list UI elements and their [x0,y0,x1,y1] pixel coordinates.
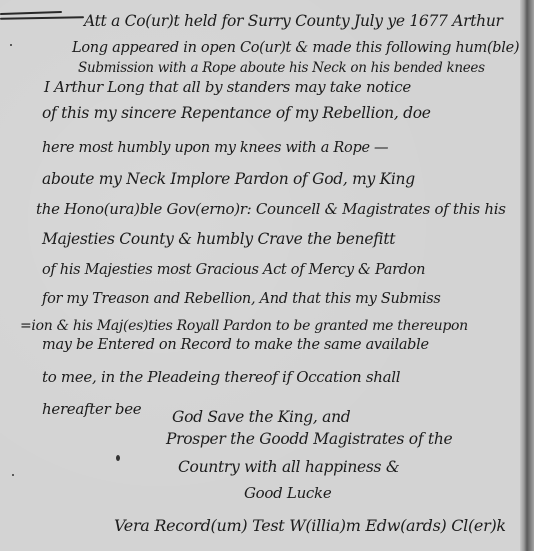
ink-speck [10,44,12,46]
header-rule-top [0,11,62,15]
closing-line-3: Country with all happiness & [178,458,399,476]
record-line-4: I Arthur Long that all by standers may t… [44,78,411,96]
record-line-2: Long appeared in open Co(ur)t & made thi… [72,40,519,56]
manuscript-page: Att a Co(ur)t held for Surry County July… [0,0,534,551]
record-line-10: of his Majesties most Gracious Act of Me… [42,262,425,278]
record-line-5: of this my sincere Repentance of my Rebe… [42,104,431,122]
ink-speck [116,455,120,461]
record-line-11: for my Treason and Rebellion, And that t… [42,291,441,307]
attestation-line: Vera Record(um) Test W(illia)m Edw(ards)… [114,516,506,535]
record-line-13: may be Entered on Record to make the sam… [42,337,429,353]
record-line-12: =ion & his Maj(es)ties Royall Pardon to … [20,318,468,334]
record-line-6: here most humbly upon my knees with a Ro… [42,140,388,156]
binding-gutter [520,0,534,551]
ink-speck [12,474,14,476]
closing-line-2: Prosper the Goodd Magistrates of the [166,430,452,448]
record-line-15: hereafter bee [42,400,141,418]
header-rule-bottom [0,16,84,19]
record-line-1: Att a Co(ur)t held for Surry County July… [84,12,503,30]
record-line-9: Majesties County & humbly Crave the bene… [42,230,395,248]
record-line-8: the Hono(ura)ble Gov(erno)r: Councell & … [36,200,506,218]
record-line-14: to mee, in the Pleadeing thereof if Occa… [42,368,400,386]
record-line-7: aboute my Neck Implore Pardon of God, my… [42,170,415,188]
record-line-3: Submission with a Rope aboute his Neck o… [78,60,485,76]
closing-line-1: God Save the King, and [172,408,350,426]
closing-line-4: Good Lucke [244,484,331,502]
